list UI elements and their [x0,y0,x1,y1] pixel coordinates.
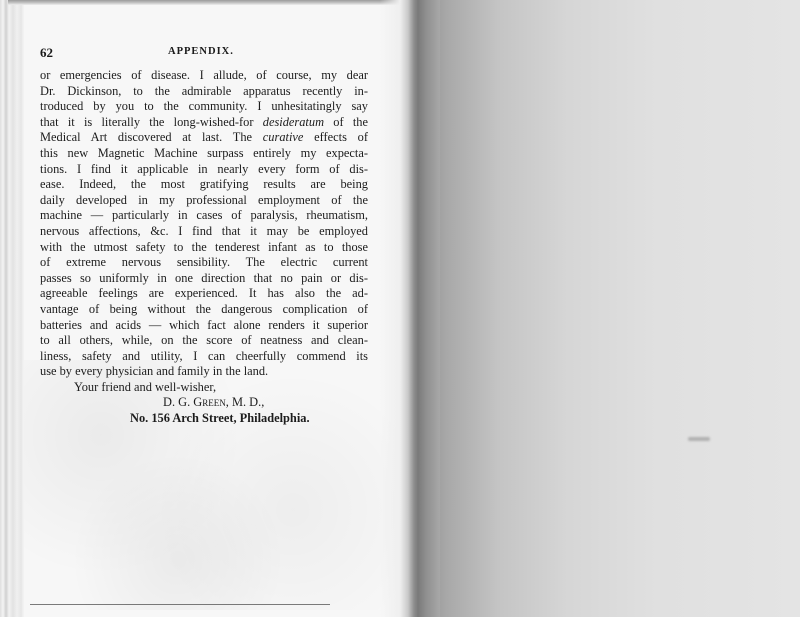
text-line: tions. I find it applicable in nearly ev… [40,162,368,178]
closing-salutation: Your friend and well-wisher, [40,380,368,396]
signature-suffix: , M. D., [226,395,265,409]
signature-name: Green [193,395,225,409]
text-line: Dr. Dickinson, to the admirable apparatu… [40,84,368,100]
text-line: troduced by you to the community. I unhe… [40,99,368,115]
text-line: daily developed in my professional emplo… [40,193,368,209]
text-run: Medical Art discovered at last. The [40,130,263,144]
right-page-blank [418,0,800,617]
text-line: passes so uniformly in one direction tha… [40,271,368,287]
text-line: ease. Indeed, the most gratifying result… [40,177,368,193]
text-line: to all others, while, on the score of ne… [40,333,368,349]
signature-initials: D. G. [163,395,193,409]
text-line: agreeable feelings are experienced. It h… [40,286,368,302]
text-line: use by every physician and family in the… [40,364,368,380]
text-line: or emergencies of disease. I allude, of … [40,68,368,84]
italic-term: desideratum [263,115,324,129]
text-line: liness, safety and utility, I can cheerf… [40,349,368,365]
signature-address: No. 156 Arch Street, Philadelphia. [40,411,368,427]
page-number: 62 [40,45,53,61]
body-text: or emergencies of disease. I allude, of … [40,68,368,427]
text-line: Medical Art discovered at last. The cura… [40,130,368,146]
text-run: of the [324,115,368,129]
paper-blemish [688,437,710,441]
text-line: this new Magnetic Machine surpass entire… [40,146,368,162]
text-line: batteries and acids — which fact alone r… [40,318,368,334]
left-page: 62 APPENDIX. or emergencies of disease. … [0,0,408,617]
text-line: nervous affections, &c. I find that it m… [40,224,368,240]
text-run: effects of [303,130,368,144]
text-line: vantage of being without the dangerous c… [40,302,368,318]
italic-term: curative [263,130,304,144]
text-line: of extreme nervous sensibility. The elec… [40,255,368,271]
signature: D. G. Green, M. D., [40,395,368,411]
page-header: 62 APPENDIX. [40,45,368,59]
text-line: that it is literally the long-wished-for… [40,115,368,131]
running-head: APPENDIX. [168,46,234,57]
book-gutter-shadow [380,0,440,617]
text-line: machine — particularly in cases of paral… [40,208,368,224]
book-spread: 62 APPENDIX. or emergencies of disease. … [0,0,800,617]
bottom-page-edge [30,604,330,605]
page-top-edge [8,0,408,5]
text-run: that it is literally the long-wished-for [40,115,263,129]
page-stack-edge [0,0,24,617]
text-line: with the utmost safety to the tenderest … [40,240,368,256]
